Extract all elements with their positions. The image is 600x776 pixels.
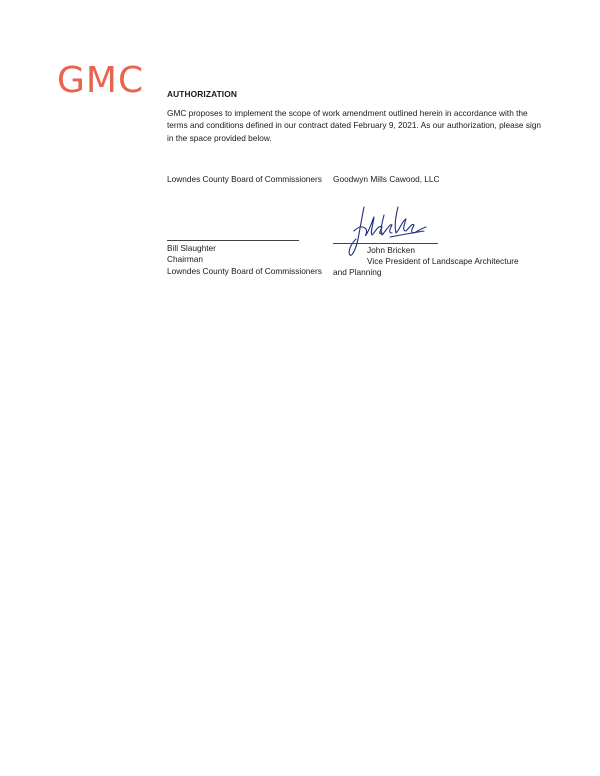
signatory-title-gmc: Vice President of Landscape Architecture [367,256,519,267]
signature-line-county [167,240,299,241]
section-heading: AUTHORIZATION [167,89,237,99]
signatory-organization: Lowndes County Board of Commissioners [167,266,322,277]
signatory-county: Bill Slaughter Chairman Lowndes County B… [167,243,322,277]
gmc-logo: GMC [57,63,144,99]
signatory-title: Chairman [167,254,322,265]
paragraph-line: GMC proposes to implement the scope of w… [167,107,562,119]
paragraph-line: terms and conditions defined in our cont… [167,119,562,131]
signatory-name-gmc: John Bricken [367,245,415,256]
party-county: Lowndes County Board of Commissioners [167,174,322,184]
paragraph-line: in the space provided below. [167,132,562,144]
signatory-name: Bill Slaughter [167,243,322,254]
authorization-paragraph: GMC proposes to implement the scope of w… [167,107,562,144]
signatory-title-gmc-cont: and Planning [333,267,381,278]
party-gmc: Goodwyn Mills Cawood, LLC [333,174,440,184]
signature-line-gmc [333,243,438,244]
